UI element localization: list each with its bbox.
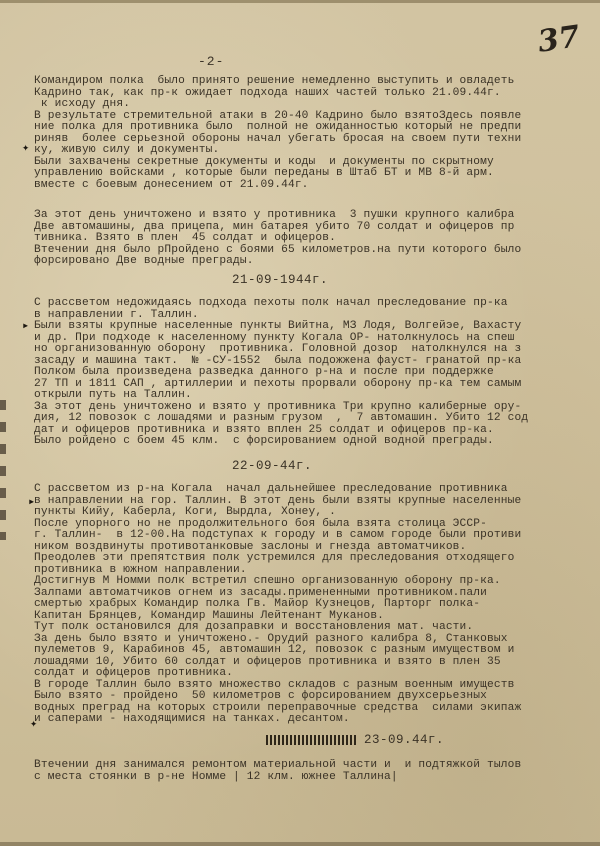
margin-mark: ✦ — [30, 716, 37, 731]
text-line: Было взято - пройдено 50 километров с фо… — [34, 691, 590, 703]
date-heading-23-text: 23-09.44г. — [364, 733, 444, 747]
text-line: Преодолев эти препятствия полк устремилс… — [34, 553, 590, 565]
margin-mark: ▸ — [22, 318, 29, 333]
text-line: Было ройдено с боем 45 клм. с форсирован… — [34, 436, 590, 448]
margin-mark: ✦ — [22, 140, 29, 155]
text-line: но организованную оборону противника. Го… — [34, 344, 590, 356]
text-line: За этот день уничтожено и взято у против… — [34, 210, 590, 222]
text-line: и саперами - находящимися на танках. дес… — [34, 714, 590, 726]
text-line: ние полка для противника было полной не … — [34, 122, 590, 134]
text-line: вместе с боевым донесением от 21.09.44г. — [34, 180, 590, 192]
text-line: Были взяты крупные населенные пункты Вий… — [34, 321, 590, 333]
text-line: дия, 12 повозок с лошадями и разным груз… — [34, 413, 590, 425]
margin-mark: ▸ — [28, 494, 35, 509]
text-line: С рассветом из р-на Когала начал дальней… — [34, 484, 590, 496]
text-line: Тут полк остановился для дозаправки и во… — [34, 622, 590, 634]
paragraph-day-21: С рассветом недожидаясь подхода пехоты п… — [34, 298, 590, 448]
text-line: ку, живую силу и документы. — [34, 145, 590, 157]
text-line: Достигнув М Номми полк встретил спешно о… — [34, 576, 590, 588]
text-line: пункты Кийу, Каберла, Коги, Вырдла, Хоне… — [34, 507, 590, 519]
binding-holes — [0, 400, 6, 540]
paragraph-intro: Командиром полка было принято решение не… — [34, 76, 590, 191]
text-line: к исходу дня. — [34, 99, 590, 111]
document-page: -2- 37 Командиром полка было принято реш… — [0, 0, 600, 846]
text-line: открыли путь на Таллин. — [34, 390, 590, 402]
text-line: управлению войсками , которые были перед… — [34, 168, 590, 180]
text-line: Полком была произведена разведка данного… — [34, 367, 590, 379]
text-line: солдат и офицеров противника. — [34, 668, 590, 680]
text-line: Втечении дня занимался ремонтом материал… — [34, 760, 590, 772]
date-heading-21: 21-09-1944г. — [232, 273, 328, 287]
page-bottom-edge — [0, 842, 600, 846]
text-line: тивника. Взято в плен 45 солдат и офицер… — [34, 233, 590, 245]
text-line: форсировано Две водные преграды. — [34, 256, 590, 268]
text-line: Командиром полка было принято решение не… — [34, 76, 590, 88]
paragraph-day-22: С рассветом из р-на Когала начал дальней… — [34, 484, 590, 726]
text-line: г. Таллин- в 12-00.На подступах к городу… — [34, 530, 590, 542]
handwritten-folio-number: 37 — [536, 19, 582, 59]
redacted-marks — [266, 735, 356, 745]
text-line: С рассветом недожидаясь подхода пехоты п… — [34, 298, 590, 310]
page-top-edge — [0, 0, 600, 3]
date-heading-23: 23-09.44г. — [266, 733, 444, 747]
paragraph-summary-20: За этот день уничтожено и взято у против… — [34, 210, 590, 268]
text-line: пулеметов 9, Карабинов 45, автомашин 12,… — [34, 645, 590, 657]
page-number: -2- — [198, 54, 224, 69]
text-line: смертью храбрых Командир полка Гв. Майор… — [34, 599, 590, 611]
paragraph-day-23: Втечении дня занимался ремонтом материал… — [34, 760, 590, 783]
date-heading-22: 22-09-44г. — [232, 459, 312, 473]
text-line: с места стоянки в р-не Номме | 12 клм. ю… — [34, 772, 590, 784]
